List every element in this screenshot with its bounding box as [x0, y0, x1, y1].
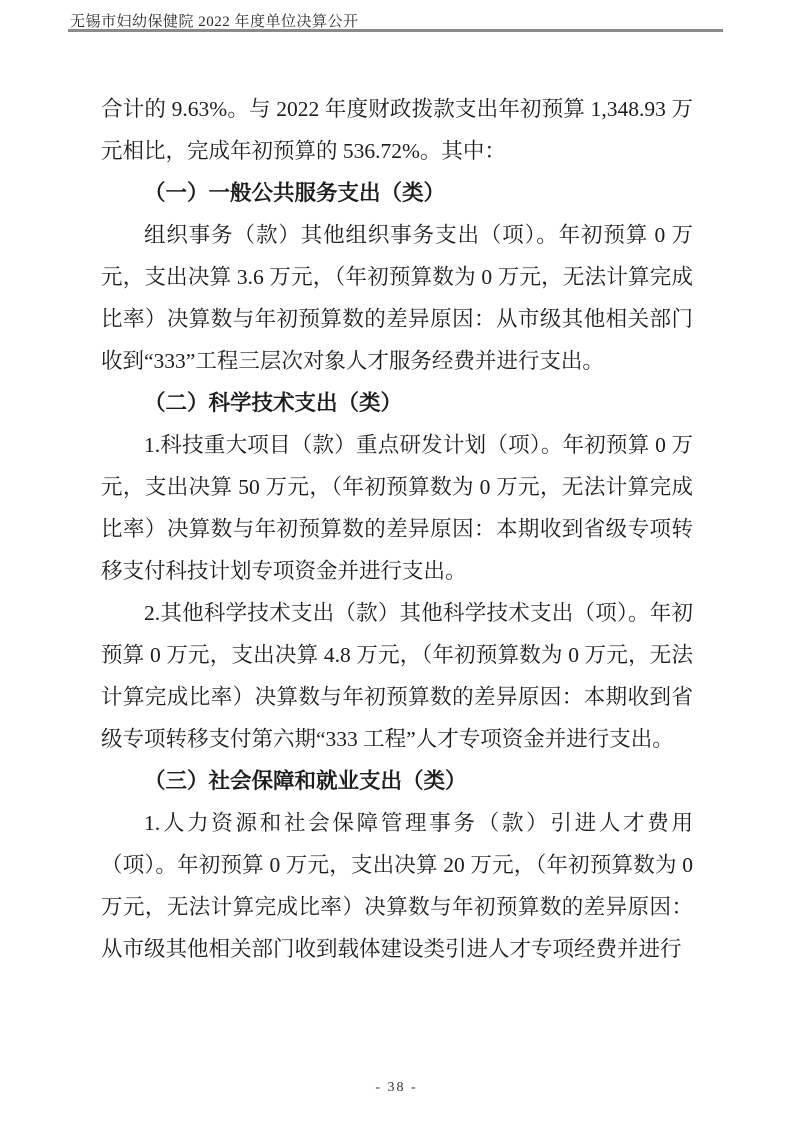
heading-social-security-employment: （三）社会保障和就业支出（类）: [101, 760, 693, 802]
paragraph-fiscal-summary: 合计的 9.63%。与 2022 年度财政拨款支出年初预算 1,348.93 万…: [101, 88, 693, 172]
paragraph-hr-social-security: 1.人力资源和社会保障管理事务（款）引进人才费用（项）。年初预算 0 万元，支出…: [101, 802, 693, 970]
paragraph-other-science-expenditure: 2.其他科学技术支出（款）其他科学技术支出（项）。年初预算 0 万元，支出决算 …: [101, 592, 693, 760]
paragraph-science-major-projects: 1.科技重大项目（款）重点研发计划（项）。年初预算 0 万元，支出决算 50 万…: [101, 424, 693, 592]
document-body: 合计的 9.63%。与 2022 年度财政拨款支出年初预算 1,348.93 万…: [101, 88, 693, 970]
heading-science-technology: （二）科学技术支出（类）: [101, 382, 693, 424]
document-header-title: 无锡市妇幼保健院 2022 年度单位决算公开: [70, 10, 359, 31]
page-number: - 38 -: [0, 1080, 793, 1096]
paragraph-organization-affairs: 组织事务（款）其他组织事务支出（项）。年初预算 0 万元，支出决算 3.6 万元…: [101, 214, 693, 382]
header-divider: [68, 29, 723, 32]
heading-general-public-services: （一）一般公共服务支出（类）: [101, 172, 693, 214]
document-page: 无锡市妇幼保健院 2022 年度单位决算公开 合计的 9.63%。与 2022 …: [0, 0, 793, 1122]
